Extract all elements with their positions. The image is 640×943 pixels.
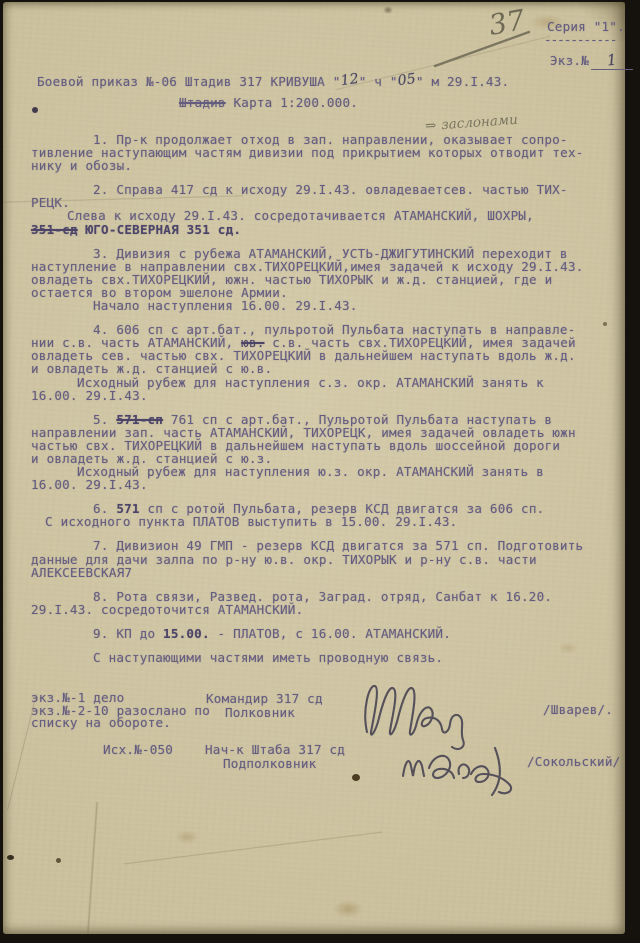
typed-text: С исходного пункта ПЛАТОВ выступить в 15… bbox=[45, 514, 457, 529]
order-paragraph: 1. Пр-к продолжает отход в зап. направле… bbox=[31, 133, 623, 172]
text-line: Исходный рубеж для наступления ю.з. окр.… bbox=[77, 465, 623, 478]
text-line: 29.I.43. сосредоточится АТАМАНСКИЙ. bbox=[31, 603, 623, 616]
commander-surname: /Шварев/. bbox=[543, 702, 613, 717]
copy-number-line: Экз.№1 bbox=[550, 51, 633, 70]
order-paragraph: 8. Рота связи, Развед. рота, Заград. отр… bbox=[31, 590, 623, 616]
handwritten-copy-number: 1 bbox=[606, 51, 618, 70]
handwritten-hour: 12 bbox=[339, 71, 359, 89]
text-line: нику и обозы. bbox=[31, 159, 623, 172]
typed-text: ЮГО-СЕВЕРНАЯ 351 сд. bbox=[78, 222, 241, 237]
series-divider-dashes: ----------- bbox=[544, 32, 616, 47]
chief-of-staff-signature bbox=[399, 738, 531, 798]
copy-number-underline: 1 bbox=[591, 51, 633, 70]
typed-text: 2. Справа 417 сд к исходу 29.I.43. овлад… bbox=[93, 182, 568, 197]
order-paragraph: 3. Дивизия с рубежа АТАМАНСКИЙ, УСТЬ-ДЖИ… bbox=[31, 247, 623, 312]
handwritten-minute: 05 bbox=[396, 71, 416, 89]
text-line: С исходного пункта ПЛАТОВ выступить в 15… bbox=[45, 515, 623, 528]
order-paragraph: 9. КП до 15.00. - ПЛАТОВ, с 16.00. АТАМА… bbox=[31, 627, 623, 640]
scanned-document: 37 Серия "1". ----------- Экз.№1 Боевой … bbox=[0, 0, 640, 943]
paper-stain bbox=[383, 6, 393, 14]
typed-text: - ПЛАТОВ, с 16.00. АТАМАНСКИЙ. bbox=[210, 626, 451, 641]
text-line: 16.00. 29.I.43. bbox=[31, 389, 623, 402]
order-paragraph: 5. 571-сп 761 сп с арт.бат., Пульротой П… bbox=[31, 413, 623, 492]
order-paragraph: С наступающими частями иметь проводную с… bbox=[31, 651, 623, 664]
text-line: 16.00. 29.I.43. bbox=[31, 478, 623, 491]
typed-text: 16.00. 29.I.43. bbox=[31, 388, 148, 403]
typed-text: 16.00. 29.I.43. bbox=[31, 477, 148, 492]
distribution-line: списку на обороте. bbox=[31, 717, 210, 730]
annotation-text: заслонами bbox=[441, 112, 518, 133]
commander-title: Командир 317 сд bbox=[206, 691, 323, 706]
order-title: Боевой приказ №-06 Штадив 317 КРИВУША "1… bbox=[37, 74, 509, 90]
typed-text: С наступающими частями иметь проводную с… bbox=[93, 650, 443, 665]
chief-of-staff-surname: /Сокольский/ bbox=[527, 754, 620, 769]
paper-stain bbox=[175, 830, 199, 844]
paper-crease bbox=[86, 802, 98, 934]
text-line: 9. КП до 15.00. - ПЛАТОВ, с 16.00. АТАМА… bbox=[93, 627, 623, 640]
paper-hole bbox=[352, 774, 360, 781]
text-line: АЛЕКСЕЕВСКАЯ7 bbox=[31, 566, 623, 579]
chief-of-staff-title: Нач-к Штаба 317 сд bbox=[205, 742, 345, 757]
map-scale-text: Карта 1:200.000. bbox=[234, 95, 359, 110]
typed-text: 15.00. bbox=[163, 626, 210, 641]
title-text: " ч " bbox=[359, 74, 398, 89]
ink-blot bbox=[32, 107, 38, 113]
paper-crease bbox=[124, 831, 382, 865]
text-line: Исходный рубеж для наступления с.з. окр.… bbox=[77, 376, 623, 389]
text-line: 2. Справа 417 сд к исходу 29.I.43. овлад… bbox=[93, 183, 623, 196]
typed-text: нику и обозы. bbox=[31, 158, 132, 173]
title-text: " м 29.I.43. bbox=[416, 74, 509, 89]
struck-text: 351-сд bbox=[31, 222, 78, 237]
typed-text: 29.I.43. сосредоточится АТАМАНСКИЙ. bbox=[31, 602, 303, 617]
outgoing-number: Исх.№-050 bbox=[103, 742, 173, 757]
distribution-note: экз.№-1 делоэкз.№-2-10 разослано посписк… bbox=[31, 692, 210, 730]
struck-word: Штадив bbox=[179, 95, 226, 110]
text-line: С наступающими частями иметь проводную с… bbox=[93, 651, 623, 664]
paper-stain bbox=[333, 900, 363, 918]
typed-text: РЕЦК. bbox=[31, 195, 70, 210]
order-paragraph: 2. Справа 417 сд к исходу 29.I.43. овлад… bbox=[31, 183, 623, 235]
typed-text: 9. КП до bbox=[93, 626, 163, 641]
typed-text: Начало наступления 16.00. 29.I.43. bbox=[93, 298, 358, 313]
commander-rank: Полковник bbox=[225, 705, 295, 720]
title-text: Боевой приказ №-06 Штадив 317 КРИВУША " bbox=[37, 74, 341, 89]
map-scale-line: Штадив Карта 1:200.000. bbox=[179, 95, 358, 110]
pencil-slash-mark bbox=[431, 26, 535, 70]
order-paragraph: 6. 571 сп с ротой Пульбата, резерв КСД д… bbox=[31, 502, 623, 528]
paper-sheet: 37 Серия "1". ----------- Экз.№1 Боевой … bbox=[3, 2, 625, 934]
chief-of-staff-rank: Подполковник bbox=[223, 756, 316, 771]
text-line: Начало наступления 16.00. 29.I.43. bbox=[93, 299, 623, 312]
copy-label: Экз.№ bbox=[550, 53, 589, 68]
pencil-annotation: ⇒заслонами bbox=[425, 112, 519, 134]
order-body: 1. Пр-к продолжает отход в зап. направле… bbox=[31, 133, 623, 675]
paper-speck bbox=[56, 858, 61, 863]
order-paragraph: 7. Дивизион 49 ГМП - резерв КСД двигатся… bbox=[31, 539, 623, 578]
order-paragraph: 4. 606 сп с арт.бат., пульротой Пульбата… bbox=[31, 323, 623, 402]
paper-speck bbox=[7, 855, 14, 860]
typed-text: АЛЕКСЕЕВСКАЯ7 bbox=[31, 565, 132, 580]
text-line: 351-сд ЮГО-СЕВЕРНАЯ 351 сд. bbox=[31, 223, 623, 236]
